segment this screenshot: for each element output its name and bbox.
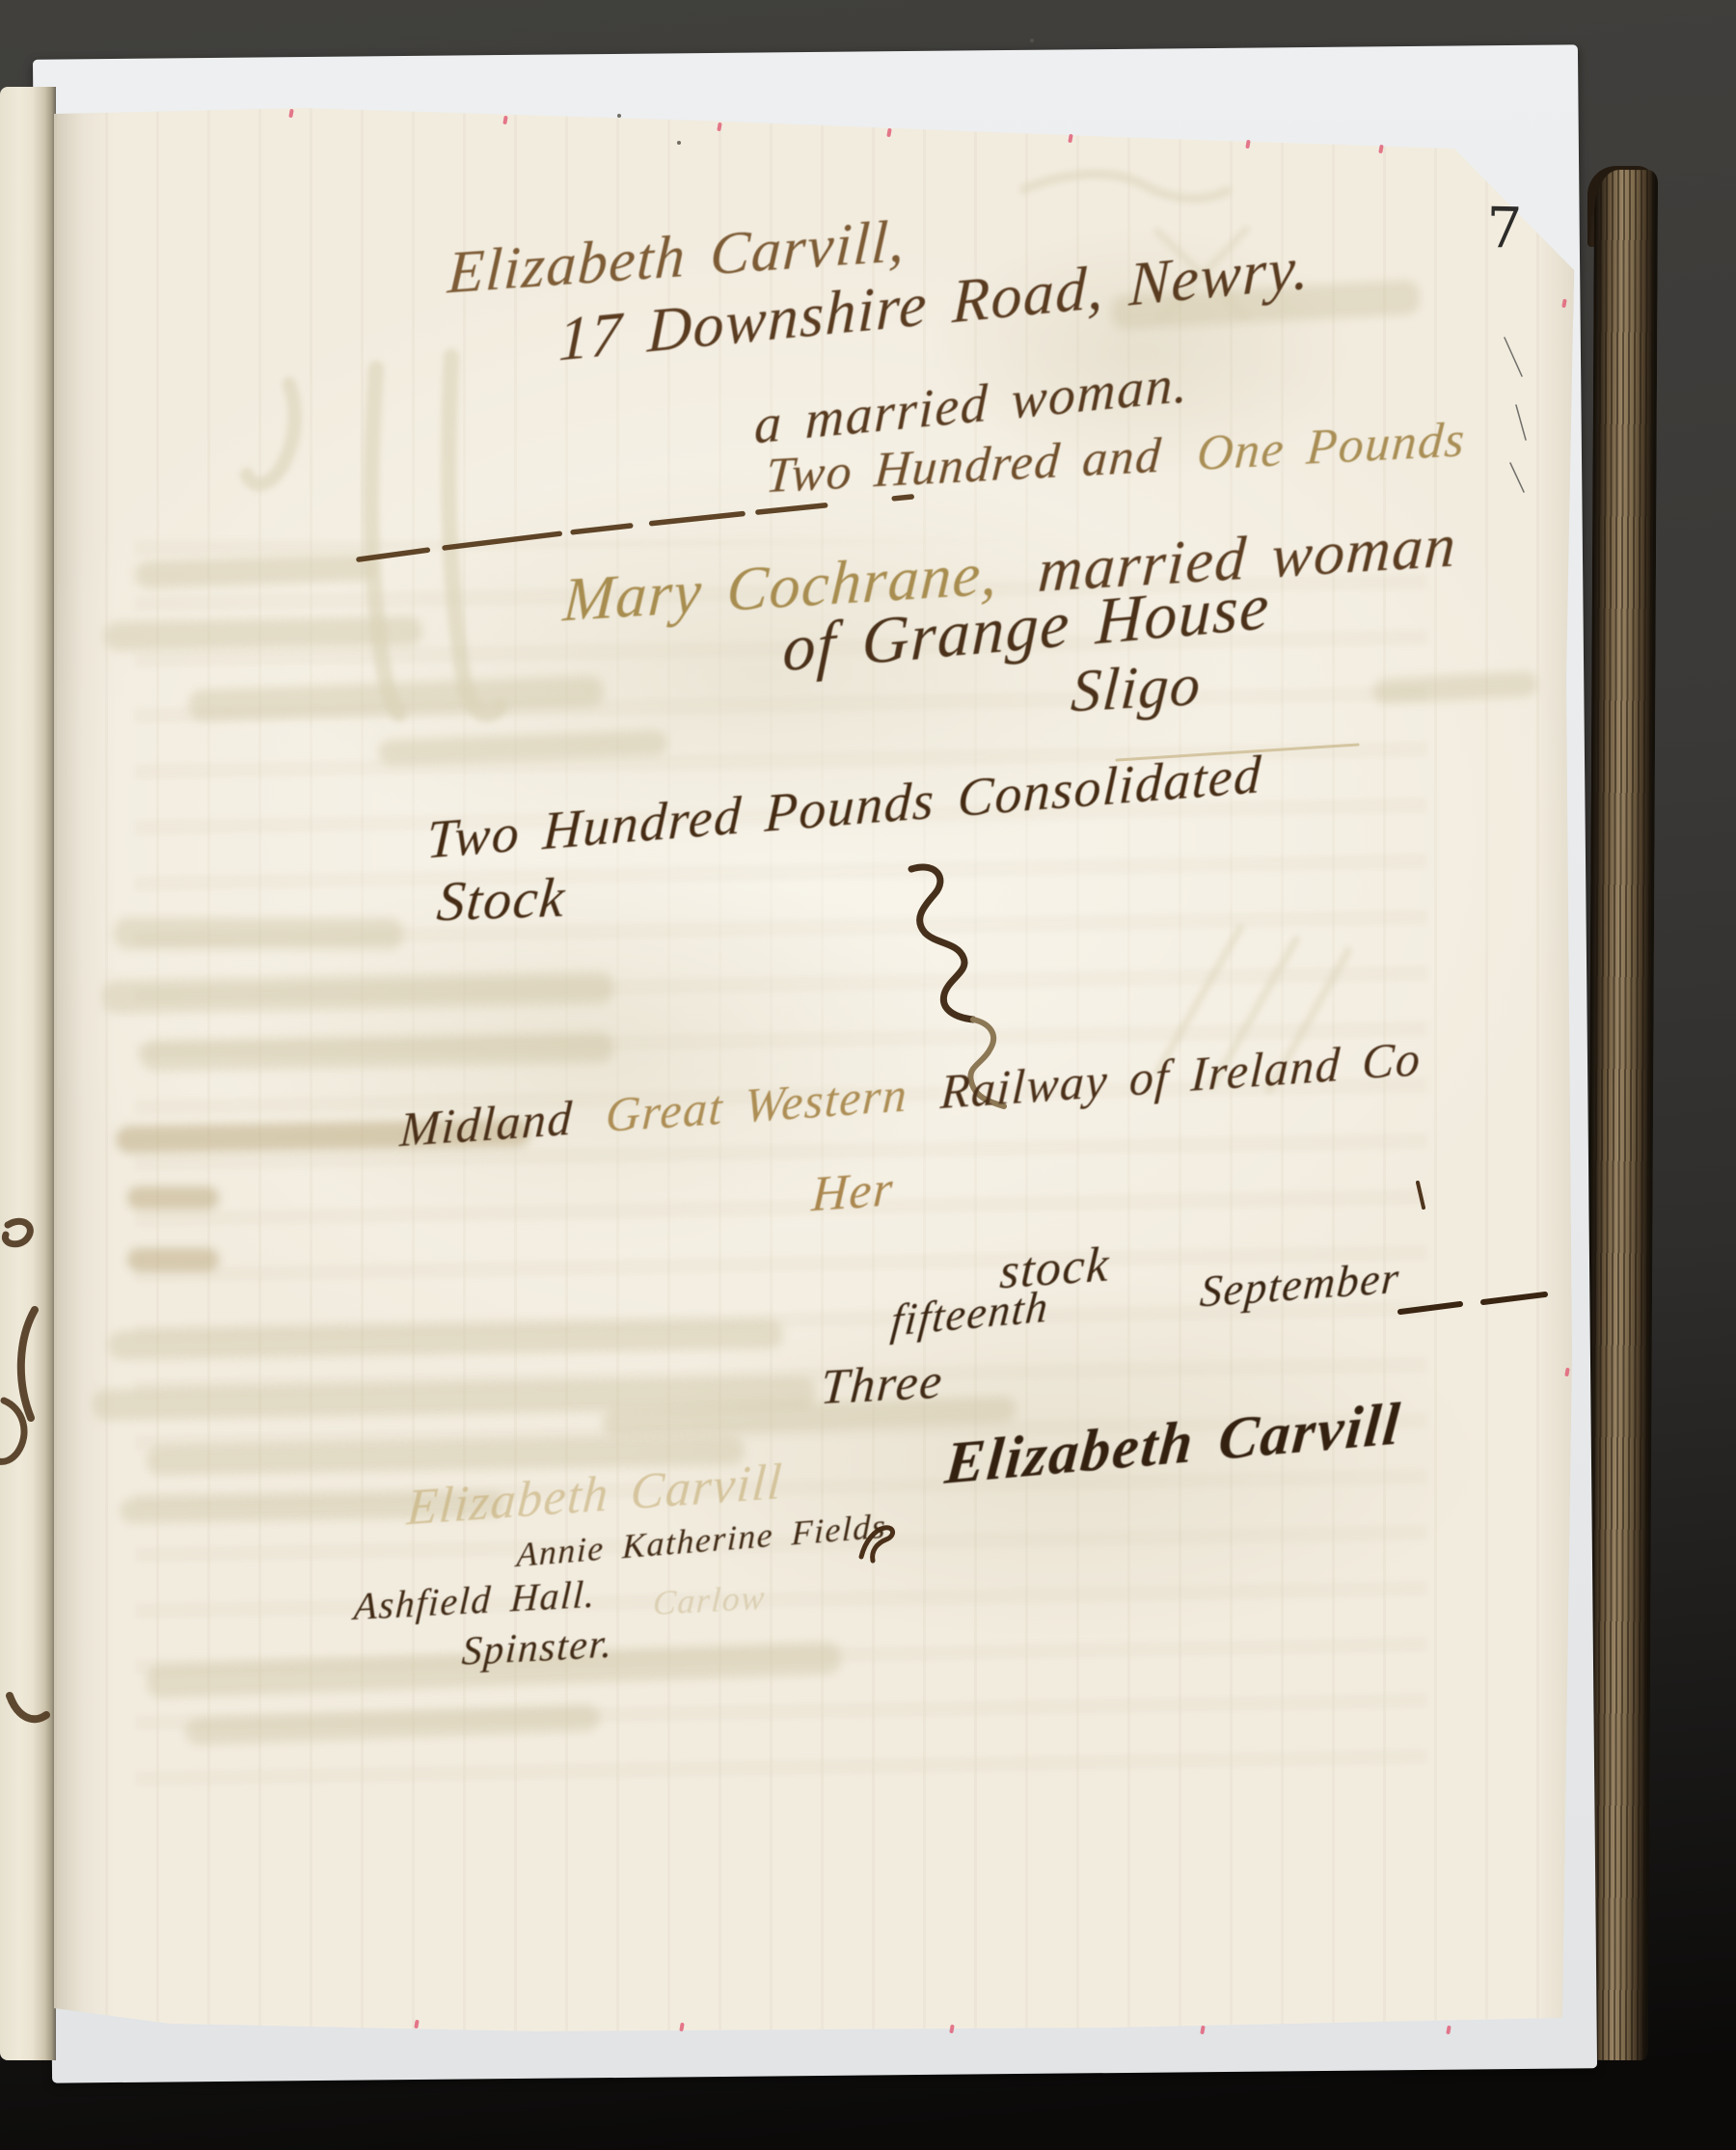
page-number: 7 [1486,195,1523,261]
quantity-line: Three [819,1356,944,1413]
bleed-through-line [127,1186,219,1210]
pronoun-line: Her [810,1164,895,1220]
witness-status-line: Spinster. [461,1624,614,1673]
stock-amount-line-2: Stock [435,869,568,930]
book-page-block-edge [1585,170,1658,2060]
dust-speck [677,141,681,145]
dust-speck [617,114,621,118]
dust-speck [1030,39,1034,42]
transferee-town-line: Sligo [1070,655,1204,721]
bleed-through-line [127,1248,219,1271]
bleed-through-line [104,616,422,651]
facing-page-edge [0,87,56,2060]
bleed-through-line [114,918,403,949]
witness-town-faded: Carlow [652,1580,767,1620]
scanned-manuscript-photo: Elizabeth Carvill, 17 Downshire Road, Ne… [0,0,1736,2150]
